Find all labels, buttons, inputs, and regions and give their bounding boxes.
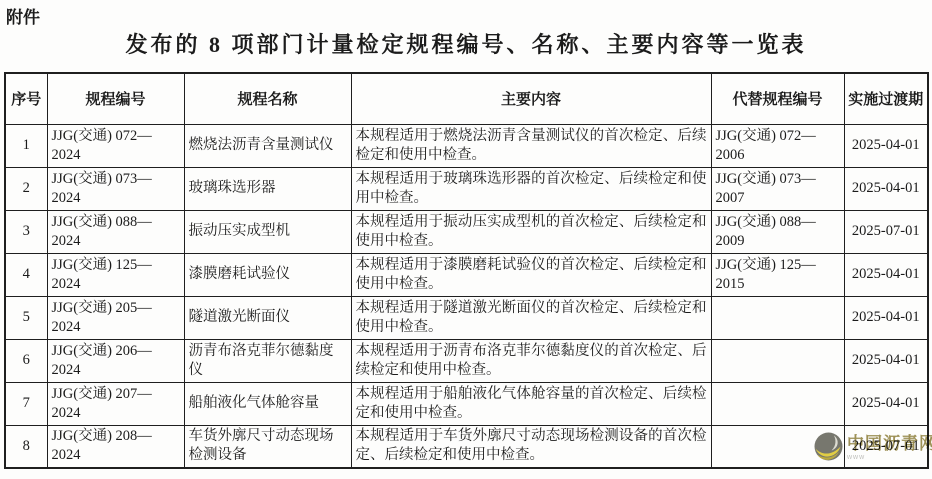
code-cell: JJG(交通) 072—2024 [47,124,184,167]
document-page: 附件 发布的 8 项部门计量检定规程编号、名称、主要内容等一览表 序号 规程编号… [0,0,932,479]
seq-cell: 6 [5,339,47,382]
name-cell: 漆膜磨耗试验仪 [184,253,351,296]
seq-cell: 2 [5,167,47,210]
header-code: 规程编号 [47,73,184,124]
table-row: 3 JJG(交通) 088—2024 振动压实成型机 本规程适用于振动压实成型机… [5,210,928,253]
name-cell: 隧道激光断面仪 [184,296,351,339]
name-cell: 振动压实成型机 [184,210,351,253]
replaces-cell [711,296,844,339]
transition-cell: 2025-04-01 [844,339,928,382]
transition-cell: 2025-04-01 [844,382,928,425]
table-row: 4 JJG(交通) 125—2024 漆膜磨耗试验仪 本规程适用于漆膜磨耗试验仪… [5,253,928,296]
code-cell: JJG(交通) 125—2024 [47,253,184,296]
seq-cell: 1 [5,124,47,167]
regulations-table-container: 序号 规程编号 规程名称 主要内容 代替规程编号 实施过渡期 1 JJG(交通)… [4,72,929,469]
transition-cell: 2025-04-01 [844,167,928,210]
replaces-cell [711,425,844,468]
header-content: 主要内容 [351,73,711,124]
table-row: 8 JJG(交通) 208—2024 车货外廓尺寸动态现场检测设备 本规程适用于… [5,425,928,468]
transition-cell: 2025-07-01 [844,425,928,468]
table-row: 2 JJG(交通) 073—2024 玻璃珠选形器 本规程适用于玻璃珠选形器的首… [5,167,928,210]
seq-cell: 8 [5,425,47,468]
header-transition: 实施过渡期 [844,73,928,124]
name-cell: 船舶液化气体舱容量 [184,382,351,425]
content-cell: 本规程适用于车货外廓尺寸动态现场检测设备的首次检定、后续检定和使用中检查。 [351,425,711,468]
code-cell: JJG(交通) 073—2024 [47,167,184,210]
header-replaces: 代替规程编号 [711,73,844,124]
replaces-cell: JJG(交通) 088—2009 [711,210,844,253]
replaces-cell: JJG(交通) 073—2007 [711,167,844,210]
content-cell: 本规程适用于燃烧法沥青含量测试仪的首次检定、后续检定和使用中检查。 [351,124,711,167]
transition-cell: 2025-07-01 [844,210,928,253]
table-row: 1 JJG(交通) 072—2024 燃烧法沥青含量测试仪 本规程适用于燃烧法沥… [5,124,928,167]
replaces-cell [711,382,844,425]
table-header-row: 序号 规程编号 规程名称 主要内容 代替规程编号 实施过渡期 [5,73,928,124]
name-cell: 沥青布洛克菲尔德黏度仪 [184,339,351,382]
page-title: 发布的 8 项部门计量检定规程编号、名称、主要内容等一览表 [0,28,932,59]
seq-cell: 7 [5,382,47,425]
seq-cell: 4 [5,253,47,296]
transition-cell: 2025-04-01 [844,124,928,167]
replaces-cell: JJG(交通) 072—2006 [711,124,844,167]
attachment-label: 附件 [6,3,40,28]
name-cell: 车货外廓尺寸动态现场检测设备 [184,425,351,468]
code-cell: JJG(交通) 206—2024 [47,339,184,382]
header-name: 规程名称 [184,73,351,124]
regulations-table: 序号 规程编号 规程名称 主要内容 代替规程编号 实施过渡期 1 JJG(交通)… [4,72,929,469]
code-cell: JJG(交通) 207—2024 [47,382,184,425]
replaces-cell: JJG(交通) 125—2015 [711,253,844,296]
code-cell: JJG(交通) 205—2024 [47,296,184,339]
seq-cell: 3 [5,210,47,253]
content-cell: 本规程适用于船舶液化气体舱容量的首次检定、后续检定和使用中检查。 [351,382,711,425]
name-cell: 玻璃珠选形器 [184,167,351,210]
code-cell: JJG(交通) 208—2024 [47,425,184,468]
content-cell: 本规程适用于隧道激光断面仪的首次检定、后续检定和使用中检查。 [351,296,711,339]
name-cell: 燃烧法沥青含量测试仪 [184,124,351,167]
replaces-cell [711,339,844,382]
content-cell: 本规程适用于沥青布洛克菲尔德黏度仪的首次检定、后续检定和使用中检查。 [351,339,711,382]
content-cell: 本规程适用于振动压实成型机的首次检定、后续检定和使用中检查。 [351,210,711,253]
table-row: 7 JJG(交通) 207—2024 船舶液化气体舱容量 本规程适用于船舶液化气… [5,382,928,425]
header-seq: 序号 [5,73,47,124]
table-row: 6 JJG(交通) 206—2024 沥青布洛克菲尔德黏度仪 本规程适用于沥青布… [5,339,928,382]
transition-cell: 2025-04-01 [844,253,928,296]
seq-cell: 5 [5,296,47,339]
code-cell: JJG(交通) 088—2024 [47,210,184,253]
content-cell: 本规程适用于玻璃珠选形器的首次检定、后续检定和使用中检查。 [351,167,711,210]
content-cell: 本规程适用于漆膜磨耗试验仪的首次检定、后续检定和使用中检查。 [351,253,711,296]
table-row: 5 JJG(交通) 205—2024 隧道激光断面仪 本规程适用于隧道激光断面仪… [5,296,928,339]
transition-cell: 2025-04-01 [844,296,928,339]
